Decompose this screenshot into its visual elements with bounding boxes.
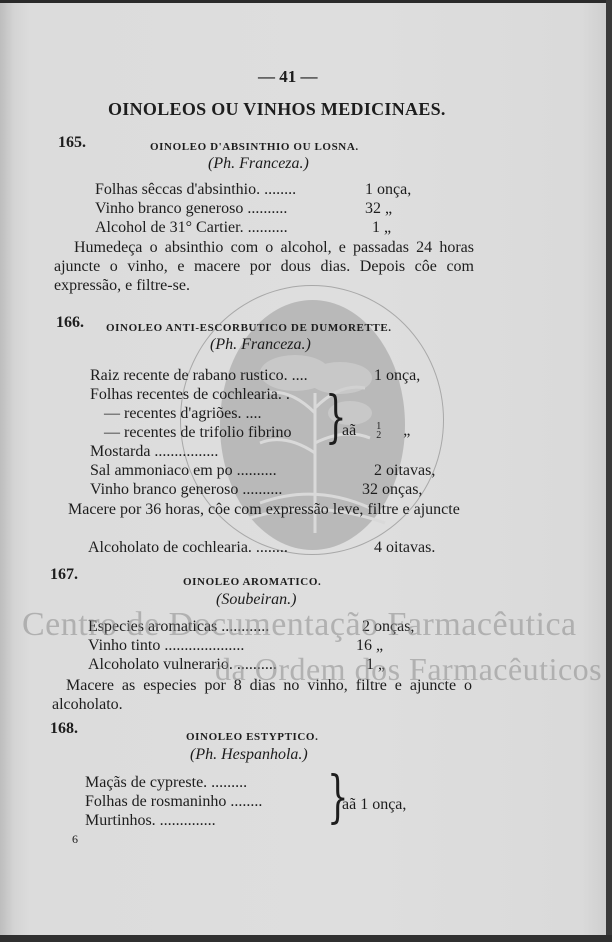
ingredient-item: Alcoholato de cochlearia. ........ bbox=[88, 539, 288, 557]
group-qty-prefix: aã bbox=[342, 422, 356, 439]
scanned-page: — 41 — OINOLEOS OU VINHOS MEDICINAES. 16… bbox=[0, 3, 606, 935]
ingredient-item: Sal ammoniaco em po .......... bbox=[90, 462, 277, 480]
ingredient-item: Vinho branco generoso .......... bbox=[95, 200, 287, 218]
recipe-heading: OINOLEO AROMATICO. bbox=[183, 576, 321, 588]
ingredient-qty: 4 oitavas. bbox=[374, 539, 435, 557]
fraction: 12 bbox=[376, 422, 381, 440]
watermark-text: Centro de Documentação Farmacêutica bbox=[22, 606, 577, 644]
ingredient-qty: 1 onça, bbox=[365, 181, 411, 199]
ingredient-item: — recentes de trifolio fibrino bbox=[104, 424, 292, 442]
fraction-denominator: 2 bbox=[376, 430, 381, 441]
ingredient-item: Raiz recente de rabano rustico. .... bbox=[90, 367, 308, 385]
ingredient-qty: 2 oitavas, bbox=[374, 462, 435, 480]
ingredient-qty: 32 „ bbox=[365, 200, 392, 218]
ingredient-item: Folhas de rosmaninho ........ bbox=[85, 793, 262, 811]
recipe-number: 167. bbox=[50, 566, 78, 584]
ingredient-item: Folhas recentes de cochlearia. . bbox=[90, 386, 290, 404]
recipe-heading: OINOLEO D'ABSINTHIO OU LOSNA. bbox=[150, 141, 359, 153]
ingredient-item: Maçãs de cypreste. ......... bbox=[85, 774, 247, 792]
watermark-text: da Ordem dos Farmacêuticos bbox=[215, 651, 602, 688]
recipe-source: (Ph. Franceza.) bbox=[208, 155, 309, 173]
chapter-title: OINOLEOS OU VINHOS MEDICINAES. bbox=[108, 99, 446, 120]
ingredient-item: — recentes d'agriões. .... bbox=[104, 405, 262, 423]
group-qty: aã 12 „ bbox=[342, 422, 410, 440]
ingredient-item: Alcohol de 31° Cartier. .......... bbox=[95, 219, 288, 237]
recipe-instructions: Humedeça o absinthio com o alcohol, e pa… bbox=[54, 238, 474, 295]
ingredient-qty: 32 onças, bbox=[362, 481, 422, 499]
recipe-source: (Ph. Franceza.) bbox=[210, 336, 311, 354]
recipe-number: 166. bbox=[56, 314, 84, 332]
recipe-instructions: Macere por 36 horas, côe com expressão l… bbox=[50, 500, 470, 519]
page-number: — 41 — bbox=[258, 67, 318, 87]
scan-edge-right bbox=[606, 0, 612, 942]
recipe-number: 168. bbox=[50, 720, 78, 738]
ingredient-item: Vinho branco generoso .......... bbox=[90, 481, 282, 499]
recipe-number: 165. bbox=[58, 134, 86, 152]
group-qty: aã 1 onça, bbox=[342, 796, 406, 814]
ingredient-qty: 1 onça, bbox=[374, 367, 420, 385]
recipe-source: (Ph. Hespanhola.) bbox=[190, 746, 308, 764]
ingredient-item: Mostarda ................ bbox=[90, 443, 218, 461]
ingredient-qty: 1 „ bbox=[372, 219, 391, 237]
group-qty-suffix: „ bbox=[403, 422, 410, 439]
ingredient-item: Murtinhos. .............. bbox=[85, 812, 216, 830]
recipe-heading: OINOLEO ANTI-ESCORBUTICO DE DUMORETTE. bbox=[106, 322, 392, 334]
signature-mark: 6 bbox=[72, 832, 78, 847]
scan-edge-bottom bbox=[0, 935, 612, 942]
recipe-heading: OINOLEO ESTYPTICO. bbox=[186, 731, 318, 743]
ingredient-item: Folhas sêccas d'absinthio. ........ bbox=[95, 181, 296, 199]
